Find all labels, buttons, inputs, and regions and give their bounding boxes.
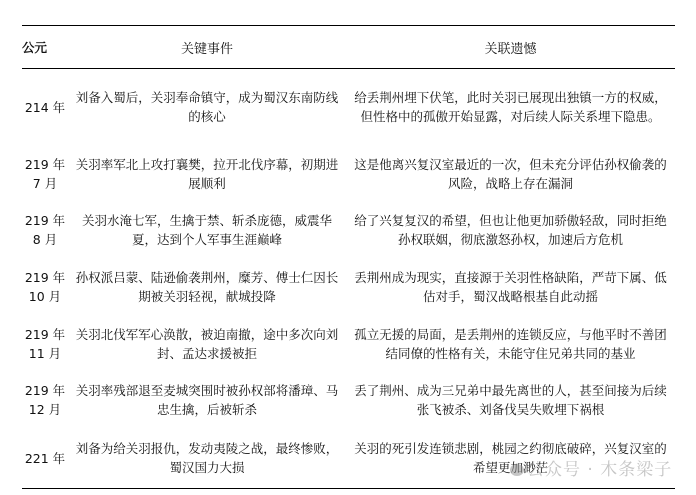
table-row: 219 年 12 月 关羽率残部退至麦城突围时被孙权部将潘璋、马忠生擒，后被斩杀…: [22, 372, 675, 428]
cell-year: 219 年 11 月: [22, 315, 68, 372]
cell-event: 关羽水淹七军，生擒于禁、斩杀庞德，威震华夏，达到个人军事生涯巅峰: [68, 202, 346, 258]
cell-regret: 给了兴复复汉的希望，但也让他更加骄傲轻敌，同时拒绝孙权联姻，彻底激怒孙权，加速后…: [346, 202, 675, 258]
cell-event: 关羽北伐军军心涣散，被迫南撤，途中多次向刘封、孟达求援被拒: [68, 315, 346, 372]
cell-year: 219 年 7 月: [22, 145, 68, 202]
table-row: 214 年 刘备入蜀后，关羽奉命镇守，成为蜀汉东南防线的核心 给丢荆州埋下伏笔，…: [22, 69, 675, 146]
cell-year: 219 年 10 月: [22, 258, 68, 315]
header-regret: 关联遗憾: [346, 26, 675, 69]
cell-event: 孙权派吕蒙、陆逊偷袭荆州，糜芳、傅士仁因长期被关羽轻视，献城投降: [68, 258, 346, 315]
table-header-row: 公元 关键事件 关联遗憾: [22, 26, 675, 69]
cell-event: 刘备入蜀后，关羽奉命镇守，成为蜀汉东南防线的核心: [68, 69, 346, 146]
cell-event: 关羽率残部退至麦城突围时被孙权部将潘璋、马忠生擒，后被斩杀: [68, 372, 346, 428]
wechat-icon: [510, 464, 524, 476]
table-row: 219 年 10 月 孙权派吕蒙、陆逊偷袭荆州，糜芳、傅士仁因长期被关羽轻视，献…: [22, 258, 675, 315]
cell-year: 219 年 12 月: [22, 372, 68, 428]
watermark-text: 公众号 · 木条梁子: [527, 460, 672, 480]
cell-regret: 这是他离兴复汉室最近的一次，但未充分评估孙权偷袭的风险，战略上存在漏洞: [346, 145, 675, 202]
table-row: 219 年 8 月 关羽水淹七军，生擒于禁、斩杀庞德，威震华夏，达到个人军事生涯…: [22, 202, 675, 258]
cell-year: 214 年: [22, 69, 68, 146]
table-row: 219 年 11 月 关羽北伐军军心涣散，被迫南撤，途中多次向刘封、孟达求援被拒…: [22, 315, 675, 372]
cell-regret: 丢了荆州、成为三兄弟中最先离世的人，甚至间接为后续张飞被杀、刘备伐吴失败埋下祸根: [346, 372, 675, 428]
cell-year: 219 年 8 月: [22, 202, 68, 258]
table-row: 219 年 7 月 关羽率军北上攻打襄樊，拉开北伐序幕，初期进展顺利 这是他离兴…: [22, 145, 675, 202]
history-table-container: 公元 关键事件 关联遗憾 214 年 刘备入蜀后，关羽奉命镇守，成为蜀汉东南防线…: [22, 25, 675, 489]
cell-event: 关羽率军北上攻打襄樊，拉开北伐序幕，初期进展顺利: [68, 145, 346, 202]
cell-year: 221 年: [22, 428, 68, 489]
history-table: 公元 关键事件 关联遗憾 214 年 刘备入蜀后，关羽奉命镇守，成为蜀汉东南防线…: [22, 25, 675, 489]
watermark: 公众号 · 木条梁子: [510, 455, 672, 480]
header-year: 公元: [22, 26, 68, 69]
cell-regret: 丢荆州成为现实，直接源于关羽性格缺陷，严苛下属、低估对手，蜀汉战略根基自此动摇: [346, 258, 675, 315]
cell-event: 刘备为给关羽报仇，发动夷陵之战，最终惨败，蜀汉国力大损: [68, 428, 346, 489]
cell-regret: 孤立无援的局面，是丢荆州的连锁反应，与他平时不善团结同僚的性格有关，未能守住兄弟…: [346, 315, 675, 372]
header-event: 关键事件: [68, 26, 346, 69]
cell-regret: 给丢荆州埋下伏笔，此时关羽已展现出独镇一方的权威，但性格中的孤傲开始显露，对后续…: [346, 69, 675, 146]
